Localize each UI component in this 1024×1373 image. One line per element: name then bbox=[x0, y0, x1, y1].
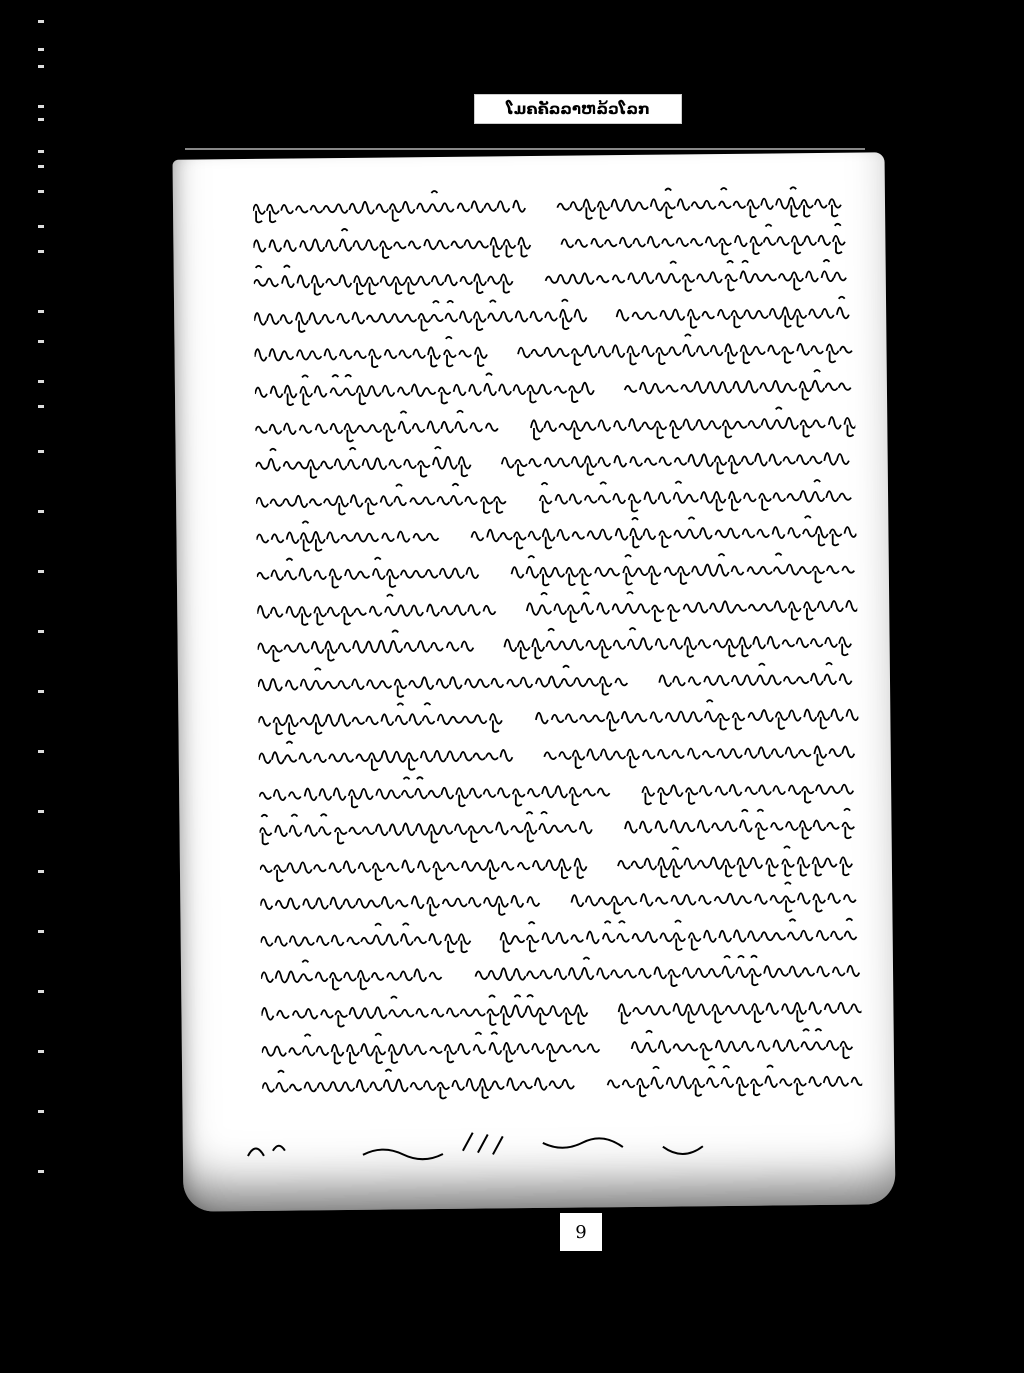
manuscript-line bbox=[257, 622, 857, 665]
manuscript-line bbox=[257, 549, 857, 592]
marginal-scribbles bbox=[243, 1126, 763, 1171]
manuscript-line bbox=[262, 1024, 862, 1067]
title-text: ໂມຄຄັລລາຫລ້ວໂລກ bbox=[506, 100, 650, 118]
manuscript-line bbox=[259, 805, 859, 848]
film-edge-marks bbox=[38, 10, 48, 1210]
manuscript-line bbox=[261, 988, 861, 1031]
manuscript-line bbox=[256, 512, 856, 555]
page-number: 9 bbox=[575, 1222, 586, 1243]
manuscript-line bbox=[260, 878, 860, 921]
manuscript-line bbox=[258, 695, 858, 738]
manuscript-line bbox=[256, 475, 856, 518]
manuscript-page bbox=[173, 152, 896, 1211]
manuscript-line bbox=[255, 402, 855, 445]
manuscript-line bbox=[254, 292, 854, 335]
manuscript-line bbox=[257, 585, 857, 628]
manuscript-line bbox=[261, 951, 861, 994]
manuscript-line bbox=[253, 183, 853, 226]
manuscript-line bbox=[254, 256, 854, 299]
handwritten-text-block bbox=[253, 183, 863, 1104]
manuscript-line bbox=[260, 841, 860, 884]
manuscript-line bbox=[259, 768, 859, 811]
manuscript-line bbox=[259, 732, 859, 775]
manuscript-line bbox=[255, 366, 855, 409]
page-number-tag: 9 bbox=[560, 1213, 602, 1251]
manuscript-line bbox=[254, 329, 854, 372]
manuscript-line bbox=[253, 219, 853, 262]
manuscript-title-label: ໂມຄຄັລລາຫລ້ວໂລກ bbox=[474, 94, 682, 124]
page-top-edge bbox=[185, 148, 865, 150]
manuscript-line bbox=[260, 914, 860, 957]
manuscript-line bbox=[258, 658, 858, 701]
manuscript-line bbox=[256, 439, 856, 482]
manuscript-line bbox=[262, 1061, 862, 1104]
